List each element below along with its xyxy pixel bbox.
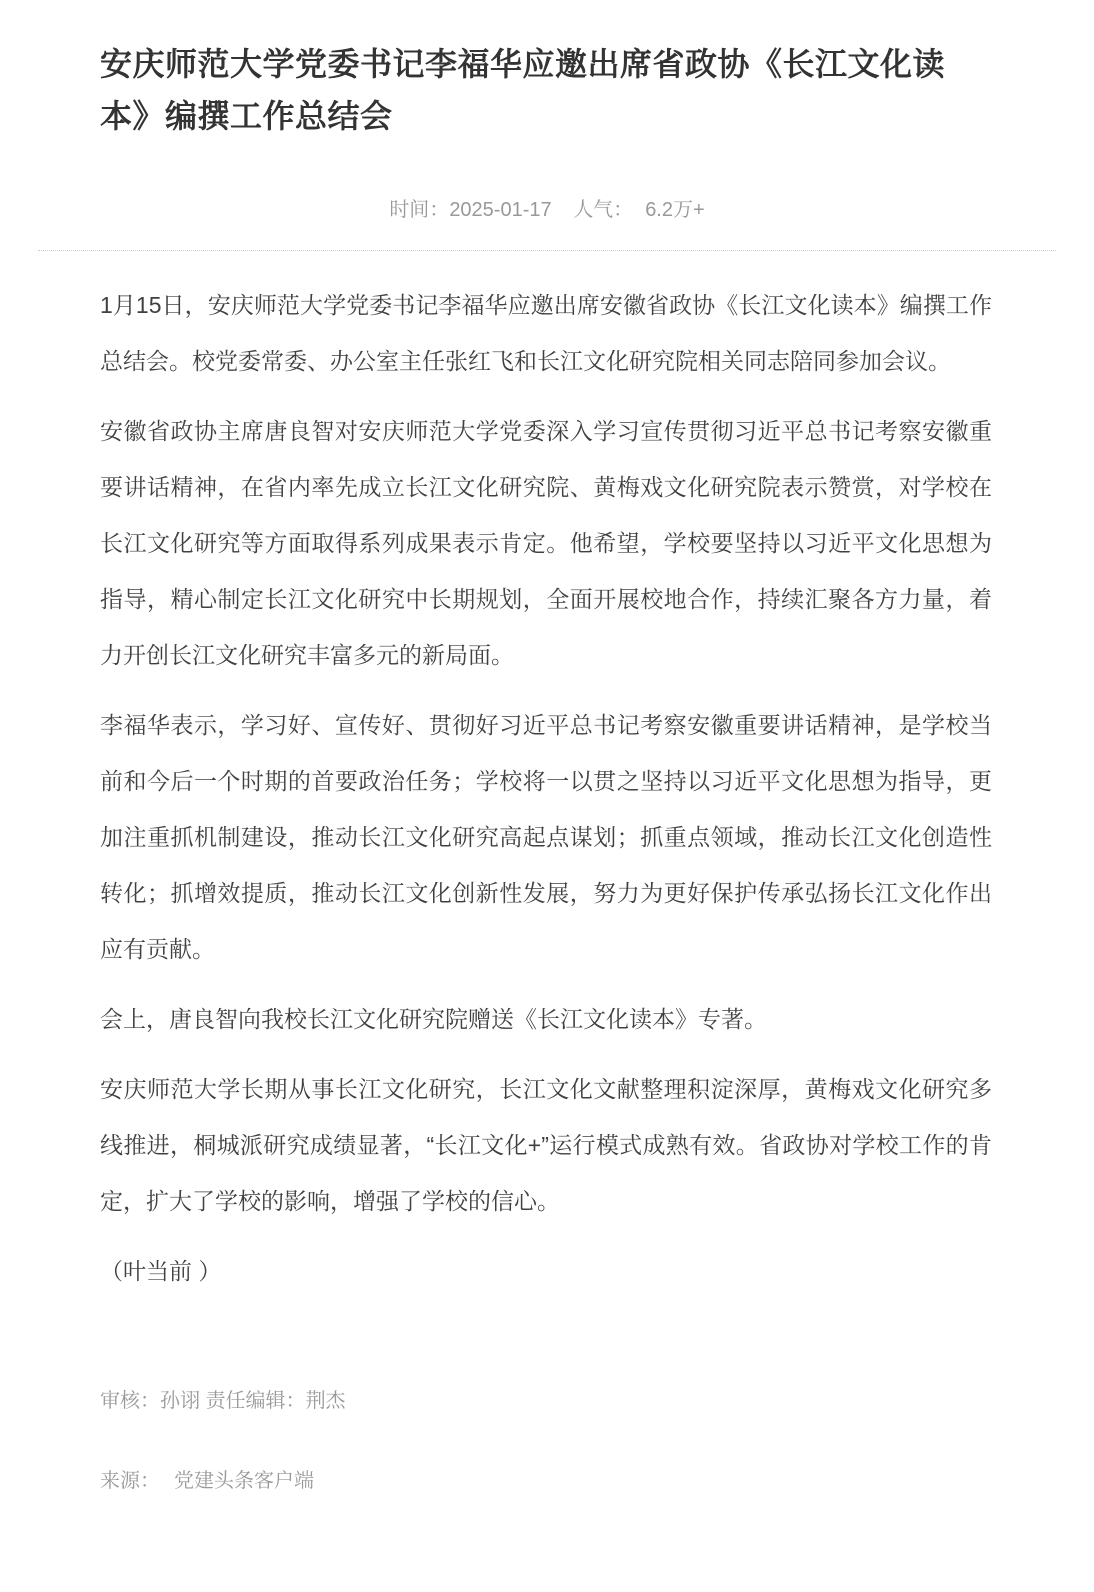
source-line: 来源：党建头条客户端	[100, 1467, 994, 1495]
review-label: 审核：	[100, 1390, 160, 1412]
source-value: 党建头条客户端	[174, 1470, 314, 1492]
article-paragraph-4: 会上，唐良智向我校长江文化研究院赠送《长江文化读本》专著。	[100, 991, 992, 1047]
article-paragraph-5: 安庆师范大学长期从事长江文化研究，长江文化文献整理积淀深厚，黄梅戏文化研究多线推…	[100, 1061, 992, 1229]
article-paragraph-1: 1月15日，安庆师范大学党委书记李福华应邀出席安徽省政协《长江文化读本》编撰工作…	[100, 277, 992, 389]
meta-views: 人气：6.2万+	[573, 199, 704, 221]
meta-time: 时间：2025-01-17	[389, 199, 551, 221]
meta-views-value: 6.2万+	[645, 199, 704, 221]
article-container: 安庆师范大学党委书记李福华应邀出席省政协《长江文化读本》编撰工作总结会 时间：2…	[0, 0, 1094, 1587]
meta-time-label: 时间：	[389, 199, 449, 221]
review-value: 孙诩	[160, 1390, 200, 1412]
review-editor-line: 审核：孙诩 责任编辑：荆杰	[100, 1387, 994, 1415]
meta-time-value: 2025-01-17	[449, 199, 551, 221]
source-label: 来源：	[100, 1470, 160, 1492]
article-paragraph-2: 安徽省政协主席唐良智对安庆师范大学党委深入学习宣传贯彻习近平总书记考察安徽重要讲…	[100, 403, 992, 683]
editor-value: 荆杰	[306, 1390, 346, 1412]
article-meta: 时间：2025-01-17 人气：6.2万+	[38, 196, 1056, 224]
author-byline: （叶当前 ）	[100, 1243, 992, 1299]
editor-label: 责任编辑：	[206, 1390, 306, 1412]
article-paragraph-3: 李福华表示，学习好、宣传好、贯彻好习近平总书记考察安徽重要讲话精神，是学校当前和…	[100, 697, 992, 977]
meta-divider-line	[38, 250, 1056, 251]
article-page: 安庆师范大学党委书记李福华应邀出席省政协《长江文化读本》编撰工作总结会 时间：2…	[0, 0, 1094, 1592]
meta-views-label: 人气：	[573, 199, 633, 221]
article-title: 安庆师范大学党委书记李福华应邀出席省政协《长江文化读本》编撰工作总结会	[100, 38, 962, 142]
article-body: 1月15日，安庆师范大学党委书记李福华应邀出席安徽省政协《长江文化读本》编撰工作…	[100, 277, 992, 1299]
article-footer: 审核：孙诩 责任编辑：荆杰 来源：党建头条客户端	[100, 1387, 994, 1495]
